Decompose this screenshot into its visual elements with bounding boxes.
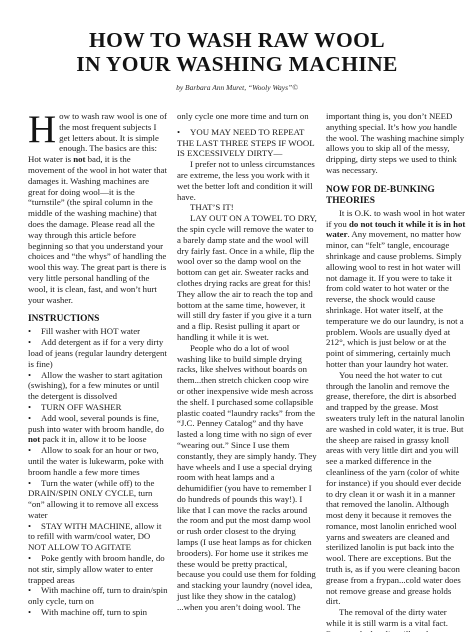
text-segment: Add wool, several pounds is fine, push i… <box>28 413 164 434</box>
bullet-item: •Poke gently with broom handle, do not s… <box>28 553 168 585</box>
text-segment: Fill washer with HOT water <box>41 326 140 336</box>
paragraph: THAT’S IT! <box>177 202 317 213</box>
bullet-icon: • <box>177 127 190 138</box>
bullet-icon: • <box>28 553 41 564</box>
text-segment: Allow to soak for an hour or two, until … <box>28 445 164 477</box>
paragraph: You need the hot water to cut through th… <box>326 370 466 608</box>
bullet-item: •Allow the washer to start agitation (sw… <box>28 370 168 402</box>
bullet-icon: • <box>28 370 41 381</box>
text-segment: With machine off, turn to spin <box>41 607 147 617</box>
column-1: How to wash raw wool is one of the most … <box>28 111 168 632</box>
debunking-heading: NOW FOR DE-BUNKING THEORIES <box>326 185 466 207</box>
bullet-icon: • <box>28 445 41 456</box>
instructions-heading: INSTRUCTIONS <box>28 314 168 325</box>
bullet-icon: • <box>28 326 41 337</box>
bullet-item: •Fill washer with HOT water <box>28 326 168 337</box>
text-segment: pack it in, allow it to be loose <box>40 434 146 444</box>
text-segment-italic: you <box>419 122 432 132</box>
text-segment: STAY WITH MACHINE, allow it to refill wi… <box>28 521 161 553</box>
title-line-2: IN YOUR WASHING MACHINE <box>76 52 398 76</box>
bullet-item: •Allow to soak for an hour or two, until… <box>28 445 168 477</box>
bullet-icon: • <box>28 585 41 596</box>
bullet-icon: • <box>28 607 41 618</box>
bullet-item: •Add wool, several pounds is fine, push … <box>28 413 168 445</box>
bullet-icon: • <box>28 402 41 413</box>
paragraph: The removal of the dirty water while it … <box>326 607 466 632</box>
intro-paragraph: How to wash raw wool is one of the most … <box>28 111 168 305</box>
bullet-item: •Add detergent as if for a very dirty lo… <box>28 337 168 369</box>
bullet-item: •With machine off, turn to spin <box>28 607 168 618</box>
document-page: HOW TO WASH RAW WOOL IN YOUR WASHING MAC… <box>0 0 474 632</box>
text-segment: . Any movement, no matter how minor, can… <box>326 229 464 369</box>
bullet-item: •TURN OFF WASHER <box>28 402 168 413</box>
column-2: only cycle one more time and turn on •YO… <box>177 111 317 632</box>
text-segment: YOU MAY NEED TO REPEAT THE LAST THREE ST… <box>177 127 314 159</box>
paragraph-continuation: important thing is, you don’t NEED anyth… <box>326 111 466 176</box>
text-segment: bad, it is the movement of the wool in h… <box>28 154 167 304</box>
bullet-item: •Turn the water (while off) to the DRAIN… <box>28 478 168 521</box>
text-segment-bold: not <box>73 154 85 164</box>
paragraph: LAY OUT ON A TOWEL TO DRY, the spin cycl… <box>177 213 317 343</box>
bullet-icon: • <box>28 413 41 424</box>
paragraph: It is O.K. to wash wool in hot water if … <box>326 208 466 370</box>
article-columns: How to wash raw wool is one of the most … <box>0 111 474 632</box>
bullet-icon: • <box>28 521 41 532</box>
bullet-item: •YOU MAY NEED TO REPEAT THE LAST THREE S… <box>177 127 317 159</box>
text-segment: Allow the washer to start agitation (swi… <box>28 370 162 402</box>
text-segment: With machine off, turn to drain/spin onl… <box>28 585 168 606</box>
paragraph-continuation: only cycle one more time and turn on <box>177 111 317 122</box>
bullet-item: •With machine off, turn to drain/spin on… <box>28 585 168 607</box>
bullet-item: •STAY WITH MACHINE, allow it to refill w… <box>28 521 168 553</box>
column-3: important thing is, you don’t NEED anyth… <box>326 111 466 632</box>
paragraph: I prefer not to unless circumstances are… <box>177 159 317 202</box>
title-line-1: HOW TO WASH RAW WOOL <box>89 28 385 52</box>
text-segment: Poke gently with broom handle, do not st… <box>28 553 165 585</box>
text-segment-bold: not <box>28 434 40 444</box>
paragraph: People who do a lot of wool washing like… <box>177 343 317 613</box>
text-segment: Add detergent as if for a very dirty loa… <box>28 337 167 369</box>
page-title: HOW TO WASH RAW WOOL IN YOUR WASHING MAC… <box>0 28 474 76</box>
drop-cap: H <box>28 111 56 147</box>
bullet-icon: • <box>28 337 41 348</box>
bullet-icon: • <box>28 478 41 489</box>
text-segment: TURN OFF WASHER <box>41 402 122 412</box>
text-segment: Turn the water (while off) to the DRAIN/… <box>28 478 158 520</box>
byline: by Barbara Ann Muret, “Wooly Ways”© <box>0 83 474 92</box>
